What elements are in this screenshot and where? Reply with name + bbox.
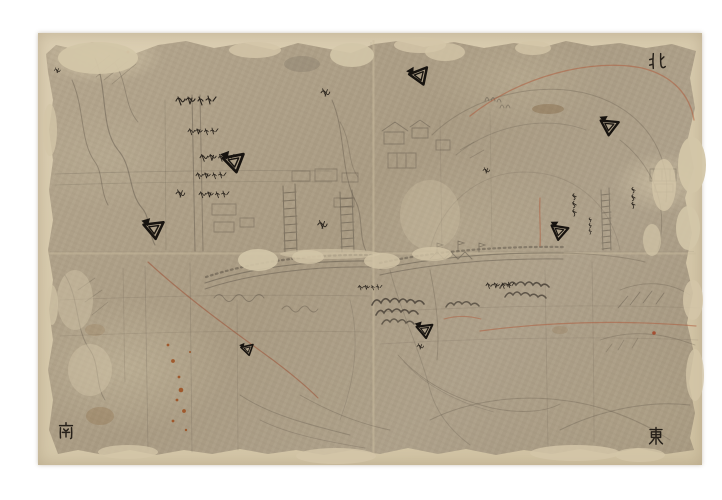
compass-label-south [60, 423, 73, 439]
handwritten-label-mark [358, 285, 382, 290]
rust-spot-cluster [167, 344, 191, 432]
handwritten-label-mark [573, 194, 577, 217]
stain-layer [85, 56, 568, 431]
compass-label-north [650, 54, 666, 69]
triangle-stamp-marker [220, 149, 246, 174]
handwritten-label-mark [321, 89, 330, 96]
triangle-stamp-marker [597, 115, 619, 136]
handwritten-label-mark [483, 168, 490, 173]
triangle-stamp-marker [415, 321, 434, 339]
triangle-stamp-marker [406, 63, 432, 88]
handwritten-label-mark [318, 221, 327, 229]
triangle-stamp-marker [141, 217, 164, 239]
handwritten-label-mark [196, 172, 226, 179]
fold-seams [48, 40, 696, 458]
handwritten-label-mark [176, 190, 185, 197]
ink-sketch-layer [372, 282, 549, 324]
compass-label-east [650, 428, 663, 445]
photo-of-antique-map [0, 0, 722, 500]
handwritten-label-mark [589, 218, 592, 235]
handwritten-label-mark [632, 188, 636, 209]
handwritten-label-mark [199, 191, 229, 198]
map-drawing [0, 0, 722, 500]
triangle-stamp-marker [239, 341, 255, 356]
handwritten-label-mark [54, 68, 60, 73]
handwritten-label-mark [176, 96, 216, 105]
triangle-stamp-marker [547, 220, 569, 241]
handwritten-label-mark [417, 344, 424, 349]
